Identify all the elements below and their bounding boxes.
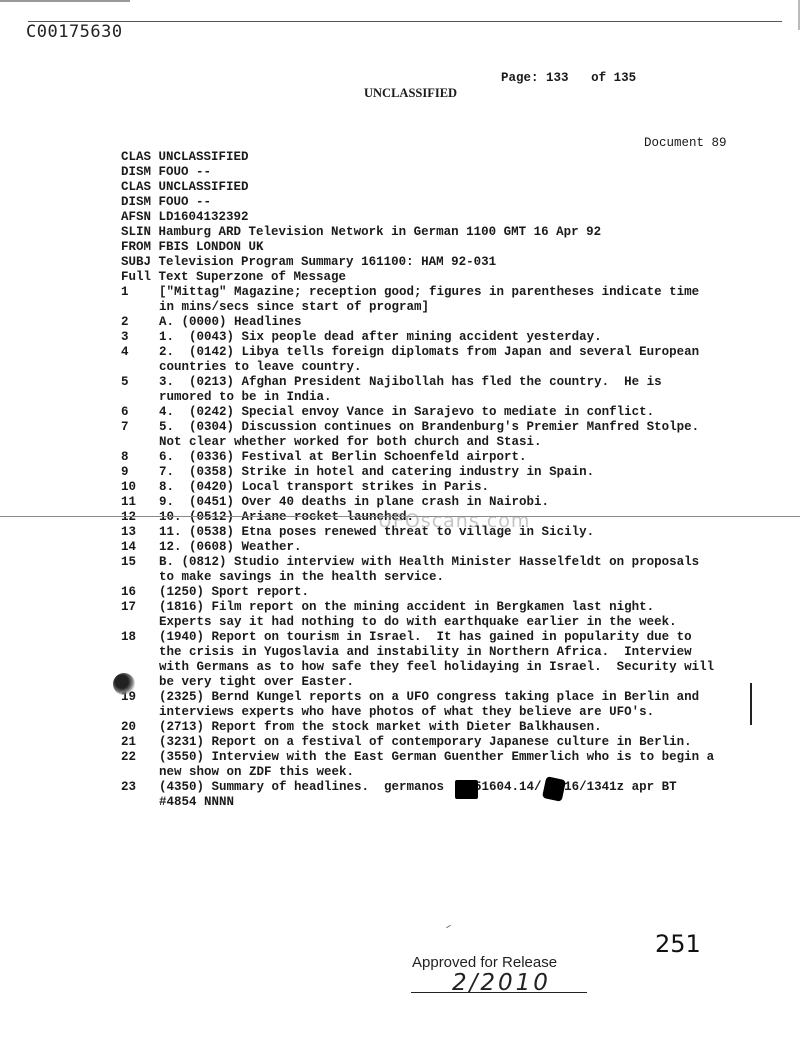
field-value: UNCLASSIFIED (159, 150, 249, 164)
scan-edge-mark (0, 0, 130, 2)
line-text: 12. (0608) Weather. (159, 540, 302, 555)
line-text: (1940) Report on tourism in Israel. It h… (159, 630, 714, 690)
line-text: 8. (0420) Local transport strikes in Par… (159, 480, 489, 495)
line-text: 3. (0213) Afghan President Najibollah ha… (159, 375, 662, 405)
line-text: (2325) Bernd Kungel reports on a UFO con… (159, 690, 699, 720)
header-field: DISM FOUO -- (121, 165, 761, 180)
line-number: 9 (121, 465, 159, 480)
line-text: 5. (0304) Discussion continues on Brande… (159, 420, 699, 450)
message-line: 42. (0142) Libya tells foreign diplomats… (121, 345, 761, 375)
field-value: UNCLASSIFIED (159, 180, 249, 194)
line-text: 10. (0512) Ariane rocket launched. (159, 510, 414, 525)
document-id: C00175630 (26, 22, 123, 42)
line-text: 6. (0336) Festival at Berlin Schoenfeld … (159, 450, 527, 465)
full-text-label: Full Text Superzone of Message (121, 270, 761, 285)
line-number: 8 (121, 450, 159, 465)
line-number: 12 (121, 510, 159, 525)
pen-mark (446, 925, 451, 928)
line-number: 15 (121, 555, 159, 585)
message-line: 108. (0420) Local transport strikes in P… (121, 480, 761, 495)
line-number: 17 (121, 600, 159, 630)
field-key: DISM (121, 165, 151, 179)
line-text: ["Mittag" Magazine; reception good; figu… (159, 285, 699, 315)
line-text: A. (0000) Headlines (159, 315, 302, 330)
ink-blot (113, 673, 135, 695)
field-value: FOUO -- (159, 195, 212, 209)
classification-banner: UNCLASSIFIED (364, 86, 457, 101)
line-number: 16 (121, 585, 159, 600)
header-field: DISM FOUO -- (121, 195, 761, 210)
page-current: 133 (546, 71, 569, 85)
line-text: 9. (0451) Over 40 deaths in plane crash … (159, 495, 549, 510)
redaction-box (455, 780, 478, 799)
message-line: 2A. (0000) Headlines (121, 315, 761, 330)
message-line: 1["Mittag" Magazine; reception good; fig… (121, 285, 761, 315)
message-line: 23(4350) Summary of headlines. germanos … (121, 780, 761, 810)
line-text: (2713) Report from the stock market with… (159, 720, 602, 735)
line-number: 1 (121, 285, 159, 315)
line-text: 2. (0142) Libya tells foreign diplomats … (159, 345, 699, 375)
message-line: 16(1250) Sport report. (121, 585, 761, 600)
line-number: 20 (121, 720, 159, 735)
message-line: 86. (0336) Festival at Berlin Schoenfeld… (121, 450, 761, 465)
header-field: CLAS UNCLASSIFIED (121, 180, 761, 195)
line-number: 6 (121, 405, 159, 420)
line-number: 3 (121, 330, 159, 345)
line-text: (1250) Sport report. (159, 585, 309, 600)
approval-underline (411, 992, 587, 993)
line-text: (1816) Film report on the mining acciden… (159, 600, 677, 630)
field-key: SUBJ (121, 255, 151, 269)
message-line: 19(2325) Bernd Kungel reports on a UFO c… (121, 690, 761, 720)
message-line: 64. (0242) Special envoy Vance in Saraje… (121, 405, 761, 420)
line-text: 1. (0043) Six people dead after mining a… (159, 330, 602, 345)
line-number: 11 (121, 495, 159, 510)
message-line: 1412. (0608) Weather. (121, 540, 761, 555)
message-line: 21(3231) Report on a festival of contemp… (121, 735, 761, 750)
header-field: SLIN Hamburg ARD Television Network in G… (121, 225, 761, 240)
field-key: FROM (121, 240, 151, 254)
margin-bar-mark (750, 683, 752, 725)
line-text: (4350) Summary of headlines. germanos 51… (159, 780, 677, 810)
line-text: (3231) Report on a festival of contempor… (159, 735, 692, 750)
message-line: 75. (0304) Discussion continues on Brand… (121, 420, 761, 450)
line-text: 4. (0242) Special envoy Vance in Sarajev… (159, 405, 654, 420)
message-line: 20(2713) Report from the stock market wi… (121, 720, 761, 735)
message-line: 15B. (0812) Studio interview with Health… (121, 555, 761, 585)
header-field: CLAS UNCLASSIFIED (121, 150, 761, 165)
field-value: FOUO -- (159, 165, 212, 179)
line-number: 23 (121, 780, 159, 810)
message-body: CLAS UNCLASSIFIED DISM FOUO -- CLAS UNCL… (121, 150, 761, 810)
handwritten-page-number: 251 (655, 930, 701, 958)
document-number: Document 89 (644, 136, 727, 150)
approval-stamp-label: Approved for Release (412, 954, 557, 971)
message-line: 17(1816) Film report on the mining accid… (121, 600, 761, 630)
header-field: FROM FBIS LONDON UK (121, 240, 761, 255)
line-number: 4 (121, 345, 159, 375)
page-of-label: of (591, 71, 606, 85)
field-value: LD1604132392 (159, 210, 249, 224)
message-line: 97. (0358) Strike in hotel and catering … (121, 465, 761, 480)
message-line: 22(3550) Interview with the East German … (121, 750, 761, 780)
line-number: 14 (121, 540, 159, 555)
top-rule (28, 21, 782, 22)
line-number: 5 (121, 375, 159, 405)
line-text: (3550) Interview with the East German Gu… (159, 750, 714, 780)
message-line: 119. (0451) Over 40 deaths in plane cras… (121, 495, 761, 510)
message-line: 18(1940) Report on tourism in Israel. It… (121, 630, 761, 690)
field-key: SLIN (121, 225, 151, 239)
field-value: Television Program Summary 161100: HAM 9… (159, 255, 497, 269)
page-indicator: Page: 133 of 135 (501, 71, 636, 85)
field-value: Hamburg ARD Television Network in German… (159, 225, 602, 239)
line-number: 7 (121, 420, 159, 450)
field-key: CLAS (121, 150, 151, 164)
field-key: DISM (121, 195, 151, 209)
watermark: UFOscans.com (378, 510, 530, 532)
field-value: FBIS LONDON UK (159, 240, 264, 254)
line-number: 2 (121, 315, 159, 330)
page-label: Page: (501, 71, 539, 85)
page-total: 135 (614, 71, 637, 85)
field-key: CLAS (121, 180, 151, 194)
line-text: 7. (0358) Strike in hotel and catering i… (159, 465, 594, 480)
line-number: 22 (121, 750, 159, 780)
header-field: SUBJ Television Program Summary 161100: … (121, 255, 761, 270)
line-number: 21 (121, 735, 159, 750)
line-text: B. (0812) Studio interview with Health M… (159, 555, 699, 585)
line-number: 13 (121, 525, 159, 540)
field-key: AFSN (121, 210, 151, 224)
header-field: AFSN LD1604132392 (121, 210, 761, 225)
message-line: 53. (0213) Afghan President Najibollah h… (121, 375, 761, 405)
message-line: 31. (0043) Six people dead after mining … (121, 330, 761, 345)
line-number: 10 (121, 480, 159, 495)
